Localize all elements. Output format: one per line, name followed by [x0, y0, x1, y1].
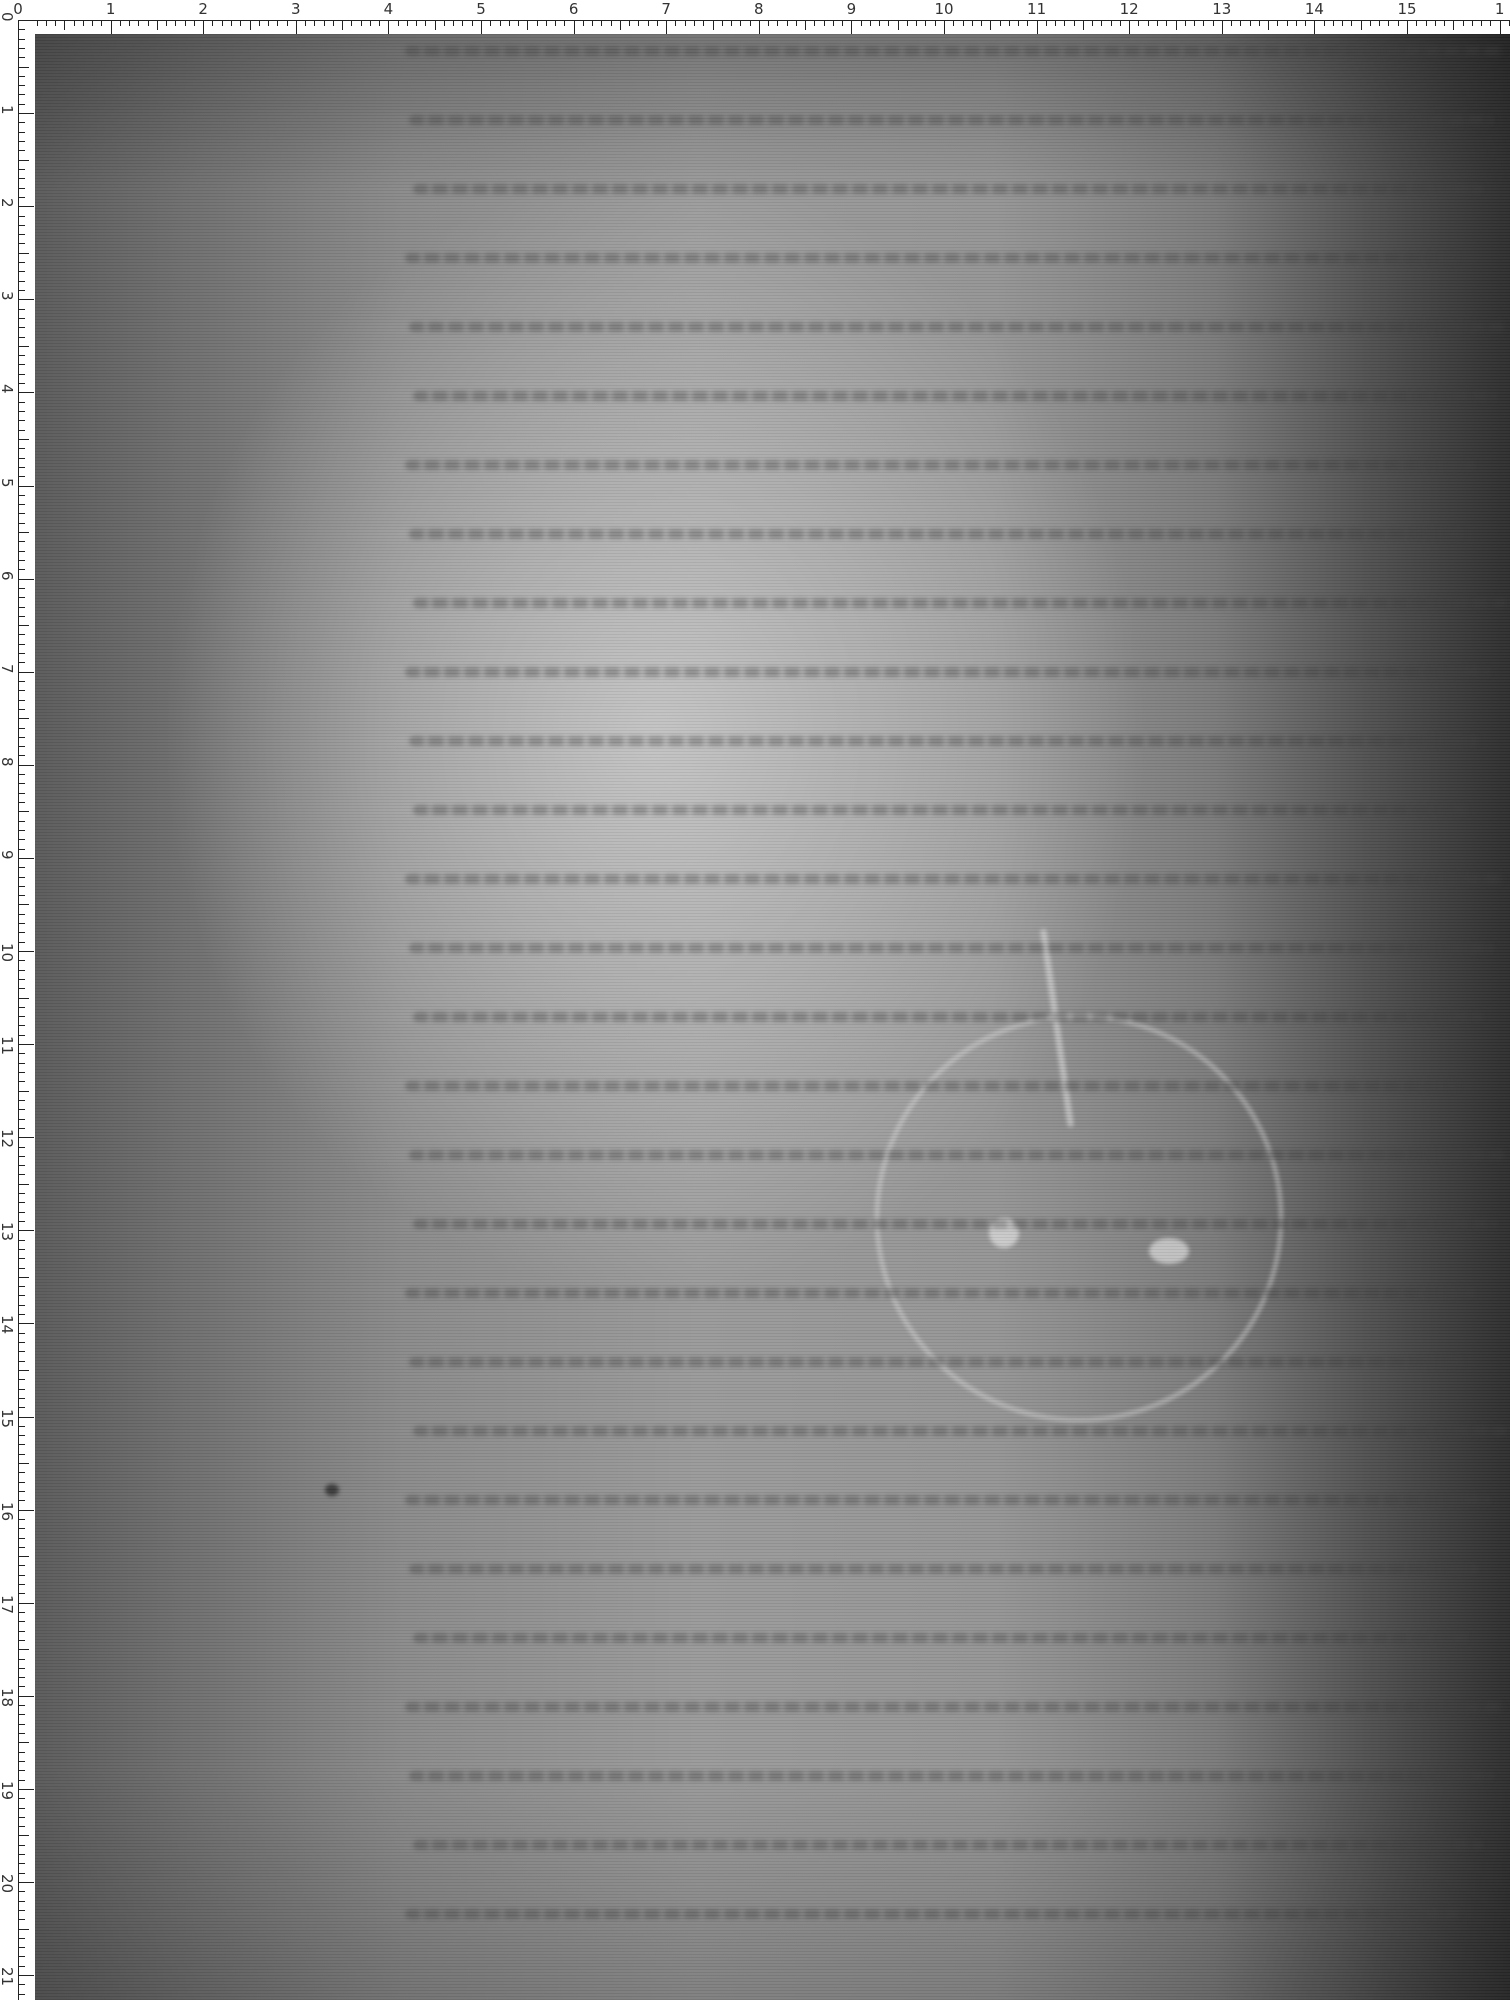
left-ruler-tick [18, 811, 29, 812]
top-ruler-tick [203, 20, 204, 34]
top-ruler-tick [638, 20, 639, 26]
top-ruler-tick [370, 20, 371, 26]
left-ruler-tick [18, 793, 25, 794]
left-ruler-tick [18, 662, 25, 663]
left-ruler-tick [18, 374, 25, 375]
top-ruler-tick [379, 20, 380, 26]
left-ruler-tick [18, 420, 25, 421]
left-ruler-tick [18, 1389, 25, 1390]
left-ruler-label: 14 [0, 1315, 16, 1334]
left-ruler-tick [18, 1984, 25, 1985]
left-ruler-tick [18, 1249, 25, 1250]
top-ruler-tick [83, 20, 84, 26]
top-ruler-tick [805, 20, 806, 30]
top-ruler-tick [1231, 20, 1232, 26]
top-ruler-tick [1296, 20, 1297, 26]
top-ruler-tick [1037, 20, 1038, 34]
top-ruler-tick [46, 20, 47, 26]
left-ruler-tick [18, 998, 29, 999]
left-ruler-tick [18, 1351, 25, 1352]
top-ruler-tick [888, 20, 889, 26]
top-ruler-tick [944, 20, 945, 34]
left-ruler-tick [18, 1361, 25, 1362]
left-ruler-tick [18, 1565, 25, 1566]
top-ruler-label: 10 [934, 0, 953, 18]
top-ruler-tick [185, 20, 186, 26]
top-ruler-tick [1074, 20, 1075, 26]
top-ruler-tick [722, 20, 723, 26]
left-ruler-label: 9 [0, 850, 16, 860]
top-ruler-tick [1342, 20, 1343, 26]
left-ruler-tick [18, 513, 25, 514]
left-ruler-tick [18, 1174, 25, 1175]
top-ruler-label: 1 [1495, 0, 1505, 18]
left-ruler-tick [18, 1240, 25, 1241]
left-ruler-tick [18, 346, 29, 347]
left-ruler-label: 20 [0, 1874, 16, 1893]
watermark-mark [1149, 1238, 1189, 1264]
left-ruler-tick [18, 122, 25, 123]
left-ruler-tick [18, 439, 29, 440]
top-ruler-tick [101, 20, 102, 26]
left-ruler-tick [18, 234, 25, 235]
manuscript-text-line [405, 1909, 1460, 1919]
left-ruler-tick [18, 560, 25, 561]
top-ruler-label: 6 [569, 0, 579, 18]
top-ruler-tick [472, 20, 473, 26]
top-ruler-tick [1379, 20, 1380, 26]
left-ruler-tick [18, 1184, 29, 1185]
left-ruler-label: 4 [0, 384, 16, 394]
top-ruler-tick [574, 20, 575, 34]
top-ruler-tick [1009, 20, 1010, 26]
left-ruler-tick [18, 849, 25, 850]
left-ruler-tick [18, 1370, 29, 1371]
top-ruler-tick [592, 20, 593, 26]
left-ruler-tick [18, 104, 25, 105]
left-ruler-tick [18, 579, 34, 580]
top-ruler-tick [768, 20, 769, 26]
left-ruler-tick [18, 467, 25, 468]
left-ruler-tick [18, 1137, 34, 1138]
left-ruler-tick [18, 932, 25, 933]
top-ruler-label: 2 [198, 0, 208, 18]
left-ruler-tick [18, 458, 25, 459]
left-ruler-tick [18, 67, 29, 68]
left-ruler-tick [18, 653, 25, 654]
top-ruler-tick [1324, 20, 1325, 26]
left-ruler-tick [18, 1417, 34, 1418]
top-ruler-tick [259, 20, 260, 26]
left-ruler-tick [18, 1333, 25, 1334]
left-ruler-tick [18, 57, 25, 58]
top-ruler-tick [713, 20, 714, 30]
top-ruler-tick [1305, 20, 1306, 26]
top-ruler-tick [1120, 20, 1121, 26]
left-ruler-tick [18, 979, 25, 980]
left-ruler-tick [18, 672, 34, 673]
left-ruler-tick [18, 1053, 25, 1054]
top-ruler-tick [1500, 20, 1501, 34]
top-ruler-tick [1027, 20, 1028, 26]
left-ruler-tick [18, 1128, 25, 1129]
top-ruler-label: 15 [1397, 0, 1416, 18]
left-ruler-tick [18, 728, 25, 729]
left-ruler-tick [18, 1854, 25, 1855]
top-ruler-tick [564, 20, 565, 26]
left-ruler-tick [18, 76, 25, 77]
manuscript-text-line [409, 1357, 1464, 1367]
left-ruler-tick [18, 914, 25, 915]
top-ruler-tick [1240, 20, 1241, 26]
left-ruler-tick [18, 1426, 25, 1427]
left-ruler-tick [18, 644, 25, 645]
left-ruler-tick [18, 765, 34, 766]
left-ruler-tick [18, 1277, 29, 1278]
top-ruler-tick [416, 20, 417, 26]
top-ruler-tick [509, 20, 510, 26]
top-ruler-tick [435, 20, 436, 30]
scan-vignette [35, 34, 1510, 2000]
top-ruler-tick [1138, 20, 1139, 26]
top-ruler-tick [175, 20, 176, 26]
left-ruler-tick [18, 746, 25, 747]
left-ruler-tick [18, 839, 25, 840]
left-ruler-tick [18, 1640, 25, 1641]
top-ruler-tick [490, 20, 491, 26]
top-ruler-tick [1213, 20, 1214, 26]
top-ruler-tick [731, 20, 732, 26]
top-ruler-tick [1426, 20, 1427, 26]
top-ruler-tick [1463, 20, 1464, 26]
left-ruler-tick [18, 29, 25, 30]
left-ruler-tick [18, 1966, 25, 1967]
top-ruler-tick [500, 20, 501, 26]
left-ruler-tick [18, 1714, 25, 1715]
left-ruler-tick [18, 1444, 25, 1445]
manuscript-text-line [413, 1840, 1483, 1850]
left-ruler-tick [18, 1612, 25, 1613]
left-ruler-label: 18 [0, 1688, 16, 1707]
left-ruler-tick [18, 1817, 25, 1818]
top-ruler-tick [111, 20, 112, 34]
left-ruler-tick [18, 951, 34, 952]
top-ruler-tick [833, 20, 834, 26]
left-ruler-tick [18, 634, 25, 635]
top-ruler-tick [1481, 20, 1482, 26]
top-ruler-tick [1287, 20, 1288, 26]
left-ruler-tick [18, 718, 29, 719]
left-ruler-tick [18, 1491, 25, 1492]
top-ruler-tick [879, 20, 880, 26]
left-ruler-tick [18, 1593, 25, 1594]
top-ruler-tick [138, 20, 139, 26]
left-ruler-tick [18, 1873, 25, 1874]
left-ruler-tick [18, 411, 25, 412]
manuscript-text-line [405, 1081, 1460, 1091]
left-ruler-label: 21 [0, 1967, 16, 1986]
top-ruler-tick [537, 20, 538, 26]
top-ruler-tick [277, 20, 278, 26]
left-ruler-tick [18, 1882, 34, 1883]
left-ruler-tick [18, 877, 25, 878]
left-ruler-tick [18, 942, 25, 943]
left-ruler-tick [18, 1230, 34, 1231]
left-ruler-label: 10 [0, 943, 16, 962]
left-ruler-tick [18, 988, 25, 989]
top-ruler-tick [166, 20, 167, 26]
top-ruler-tick [194, 20, 195, 26]
top-ruler-tick [925, 20, 926, 26]
left-ruler-tick [18, 364, 25, 365]
top-ruler-tick [55, 20, 56, 26]
manuscript-text-line [405, 1702, 1505, 1712]
top-ruler-tick [1203, 20, 1204, 26]
top-ruler-tick [268, 20, 269, 26]
top-ruler-label: 9 [847, 0, 857, 18]
manuscript-text-line [409, 1150, 1509, 1160]
manuscript-text-line [413, 598, 1510, 608]
top-ruler-tick [657, 20, 658, 26]
left-ruler-tick [18, 1603, 34, 1604]
left-ruler-tick [18, 1025, 25, 1026]
top-ruler-tick [1268, 20, 1269, 30]
left-ruler-tick [18, 895, 25, 896]
top-ruler-tick [694, 20, 695, 26]
left-ruler-tick [18, 1761, 25, 1762]
top-ruler-tick [1416, 20, 1417, 26]
top-ruler-tick [777, 20, 778, 26]
top-ruler-tick [333, 20, 334, 26]
manuscript-text-line [405, 46, 1505, 56]
left-ruler-tick [18, 1500, 25, 1501]
manuscript-text-line [413, 391, 1498, 401]
top-ruler-tick [1148, 20, 1149, 26]
manuscript-text-line [413, 805, 1468, 815]
top-ruler-tick [972, 20, 973, 26]
top-ruler-tick [1018, 20, 1019, 26]
left-ruler-tick [18, 607, 25, 608]
top-ruler-tick [916, 20, 917, 26]
left-ruler-tick [18, 495, 25, 496]
top-ruler-tick [157, 20, 158, 30]
left-ruler-tick [18, 1519, 25, 1520]
left-ruler-tick [18, 504, 25, 505]
top-ruler-tick [462, 20, 463, 26]
left-ruler-tick [18, 783, 25, 784]
left-ruler-tick [18, 1724, 25, 1725]
left-ruler-tick [18, 402, 25, 403]
left-ruler-tick [18, 625, 29, 626]
left-ruler-tick [18, 1435, 25, 1436]
top-ruler-tick [481, 20, 482, 34]
manuscript-text-line [409, 322, 1509, 332]
top-ruler-tick [231, 20, 232, 26]
top-ruler-tick [1129, 20, 1130, 34]
top-ruler-tick [990, 20, 991, 30]
top-ruler-tick [1185, 20, 1186, 26]
left-ruler-tick [18, 1947, 25, 1948]
top-ruler-tick [703, 20, 704, 26]
top-ruler: 01234567891011121314151 [18, 0, 1510, 34]
manuscript-text-line [413, 1426, 1510, 1436]
left-ruler-label: 3 [0, 291, 16, 301]
left-ruler-tick [18, 867, 25, 868]
top-ruler-tick [629, 20, 630, 26]
left-ruler-tick [18, 1547, 25, 1548]
left-ruler-tick [18, 1584, 25, 1585]
left-ruler: 0123456789101112131415161718192021 [0, 20, 34, 2000]
left-ruler-tick [18, 1295, 25, 1296]
left-ruler-tick [18, 1268, 25, 1269]
left-ruler-label: 13 [0, 1222, 16, 1241]
left-ruler-tick [18, 1007, 25, 1008]
left-ruler-label: 2 [0, 198, 16, 208]
manuscript-text-line [405, 1288, 1475, 1298]
top-ruler-label: 8 [754, 0, 764, 18]
left-ruler-tick [18, 1556, 29, 1557]
top-ruler-tick [861, 20, 862, 26]
watermark-emblem [875, 1014, 1283, 1422]
top-ruler-label: 4 [384, 0, 394, 18]
left-ruler-label: 6 [0, 571, 16, 581]
left-ruler-tick [18, 1398, 25, 1399]
manuscript-text-line [413, 1012, 1483, 1022]
top-ruler-tick [74, 20, 75, 26]
top-ruler-tick [814, 20, 815, 26]
left-ruler-tick [18, 1193, 25, 1194]
left-ruler-tick [18, 1100, 25, 1101]
left-ruler-tick [18, 1938, 25, 1939]
left-ruler-tick [18, 262, 25, 263]
top-ruler-tick [675, 20, 676, 26]
left-ruler-tick [18, 1342, 25, 1343]
left-ruler-tick [18, 1835, 29, 1836]
left-ruler-tick [18, 1202, 25, 1203]
left-ruler-tick [18, 1258, 25, 1259]
left-ruler-tick [18, 1901, 25, 1902]
left-ruler-tick [18, 1091, 29, 1092]
left-ruler-tick [18, 1956, 25, 1957]
left-ruler-tick [18, 383, 25, 384]
top-ruler-tick [398, 20, 399, 26]
left-ruler-tick [18, 94, 25, 95]
left-ruler-tick [18, 588, 25, 589]
left-ruler-tick [18, 1891, 25, 1892]
top-ruler-tick [750, 20, 751, 26]
left-ruler-tick [18, 1780, 25, 1781]
left-ruler-tick [18, 1705, 25, 1706]
left-ruler-tick [18, 188, 25, 189]
left-ruler-tick [18, 1742, 29, 1743]
left-ruler-label: 5 [0, 478, 16, 488]
top-ruler-label: 7 [661, 0, 671, 18]
top-ruler-tick [1000, 20, 1001, 26]
top-ruler-tick [1444, 20, 1445, 26]
left-ruler-tick [18, 1156, 25, 1157]
left-ruler-tick [18, 1472, 25, 1473]
manuscript-scan [35, 34, 1510, 2000]
left-ruler-tick [18, 532, 29, 533]
left-ruler-tick [18, 243, 25, 244]
left-ruler-tick [18, 48, 25, 49]
left-ruler-tick [18, 1305, 25, 1306]
top-ruler-tick [1064, 20, 1065, 26]
top-ruler-tick [963, 20, 964, 26]
manuscript-text-line [413, 1219, 1498, 1229]
left-ruler-tick [18, 486, 34, 487]
left-ruler-tick [18, 355, 25, 356]
top-ruler-label: 14 [1305, 0, 1324, 18]
manuscript-text-line [405, 667, 1490, 677]
top-ruler-tick [129, 20, 130, 26]
left-ruler-tick [18, 737, 25, 738]
manuscript-text-line [409, 1564, 1479, 1574]
left-ruler-tick [18, 970, 25, 971]
left-ruler-tick [18, 1463, 29, 1464]
top-ruler-tick [583, 20, 584, 26]
top-ruler-tick [518, 20, 519, 26]
left-ruler-tick [18, 700, 25, 701]
manuscript-text-line [405, 253, 1460, 263]
top-ruler-tick [1176, 20, 1177, 30]
left-ruler-label: 17 [0, 1595, 16, 1614]
top-ruler-tick [1490, 20, 1491, 26]
left-ruler-tick [18, 141, 25, 142]
top-ruler-tick [212, 20, 213, 26]
left-ruler-tick [18, 1016, 25, 1017]
top-ruler-tick [555, 20, 556, 26]
left-ruler-tick [18, 886, 25, 887]
top-ruler-tick [388, 20, 389, 34]
left-ruler-tick [18, 160, 29, 161]
left-ruler-tick [18, 616, 25, 617]
left-ruler-label: 7 [0, 664, 16, 674]
left-ruler-tick [18, 923, 25, 924]
left-ruler-tick [18, 178, 25, 179]
left-ruler-tick [18, 1063, 25, 1064]
left-ruler-tick [18, 318, 25, 319]
top-ruler-tick [953, 20, 954, 26]
left-ruler-tick [18, 281, 25, 282]
left-ruler-tick [18, 1770, 25, 1771]
left-ruler-tick [18, 709, 25, 710]
left-ruler-tick [18, 1147, 25, 1148]
left-ruler-tick [18, 1621, 25, 1622]
top-ruler-tick [407, 20, 408, 26]
top-ruler-tick [1259, 20, 1260, 26]
top-ruler-tick [1092, 20, 1093, 26]
top-ruler-tick [870, 20, 871, 26]
top-ruler-tick [1314, 20, 1315, 34]
left-ruler-tick [18, 169, 25, 170]
top-ruler-tick [620, 20, 621, 30]
left-ruler-tick [18, 1454, 25, 1455]
left-ruler-tick [18, 1808, 25, 1809]
top-ruler-tick [342, 20, 343, 30]
left-ruler-tick [18, 113, 34, 114]
left-ruler-tick [18, 904, 29, 905]
top-ruler-tick [92, 20, 93, 26]
left-ruler-tick [18, 1323, 34, 1324]
left-ruler-tick [18, 830, 25, 831]
left-ruler-tick [18, 290, 25, 291]
top-ruler-tick [37, 20, 38, 26]
top-ruler-tick [453, 20, 454, 26]
left-ruler-tick [18, 150, 25, 151]
left-ruler-tick [18, 1081, 25, 1082]
top-ruler-tick [1407, 20, 1408, 34]
